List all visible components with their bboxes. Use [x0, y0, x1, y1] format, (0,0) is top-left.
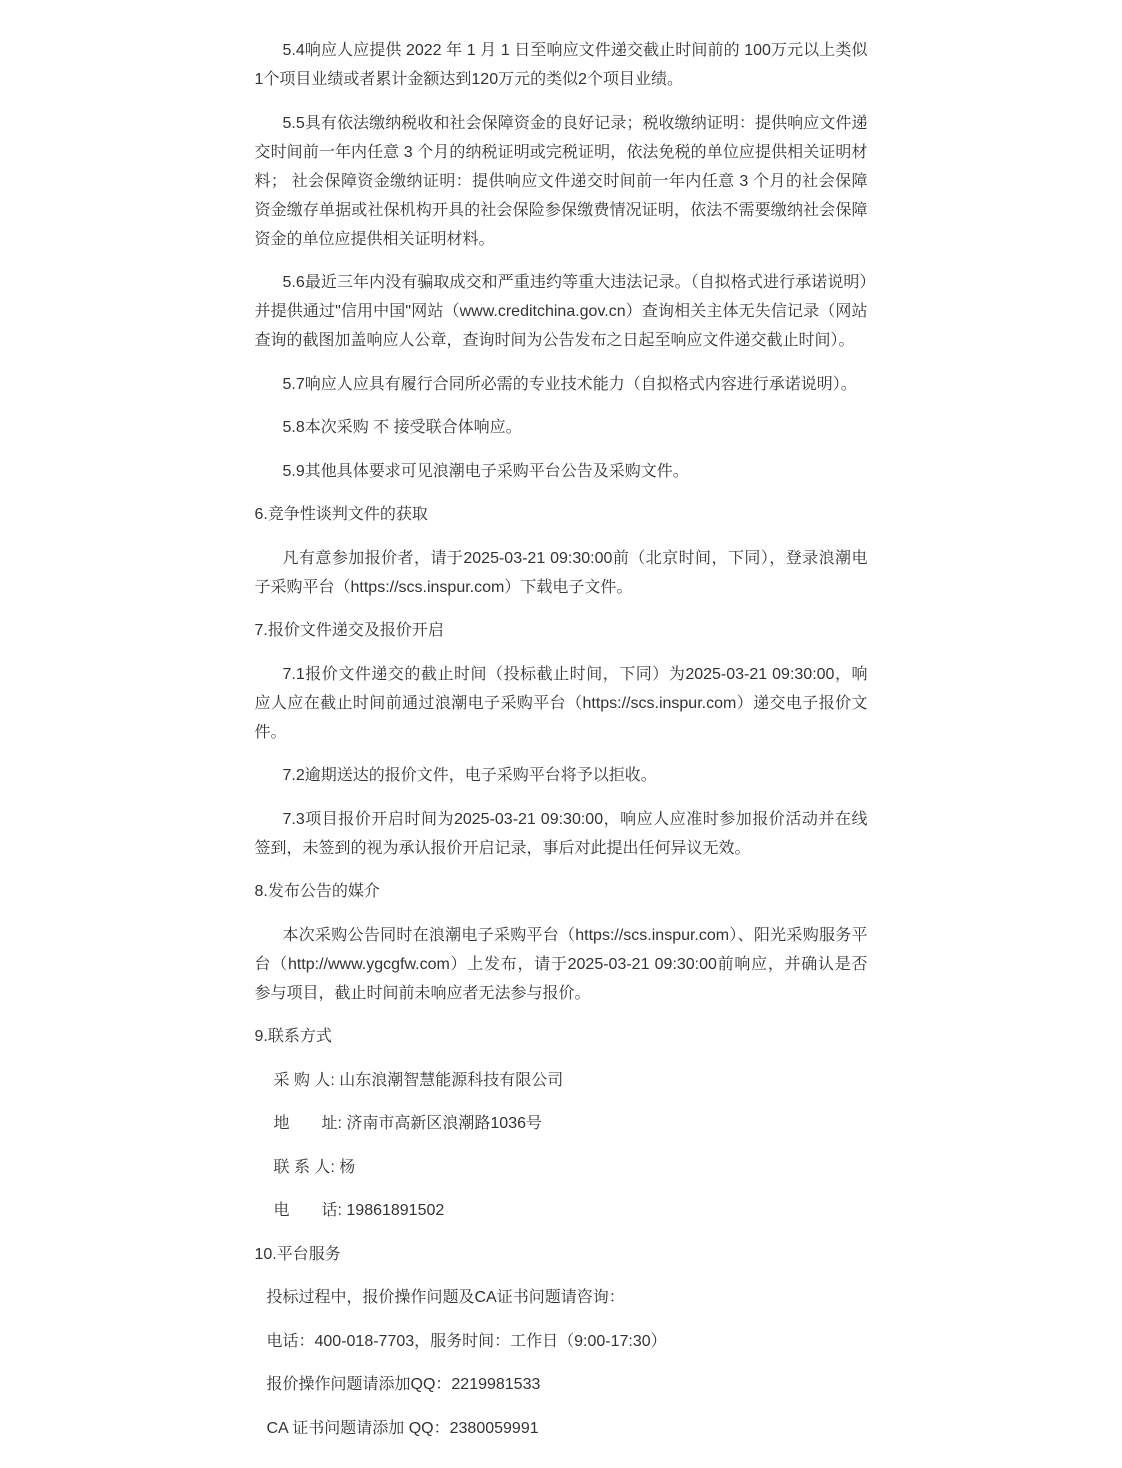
section-heading-document-acquisition: 6.竞争性谈判文件的获取 — [255, 500, 868, 529]
para-qualification-5-8: 5.8本次采购 不 接受联合体响应。 — [255, 413, 868, 442]
para-quote-rejection-7-2: 7.2逾期送达的报价文件，电子采购平台将予以拒收。 — [255, 761, 868, 790]
section-heading-quote-submission: 7.报价文件递交及报价开启 — [255, 616, 868, 645]
contact-line-address: 地 址: 济南市高新区浪潮路1036号 — [255, 1109, 868, 1138]
section-heading-contact-info: 9.联系方式 — [255, 1022, 868, 1051]
para-qualification-5-7: 5.7响应人应具有履行合同所必需的专业技术能力（自拟格式内容进行承诺说明）。 — [255, 370, 868, 399]
para-qualification-5-4: 5.4响应人应提供 2022 年 1 月 1 日至响应文件递交截止时间前的 10… — [255, 36, 868, 94]
para-qualification-5-9: 5.9其他具体要求可见浪潮电子采购平台公告及采购文件。 — [255, 457, 868, 486]
contact-line-person: 联 系 人: 杨 — [255, 1153, 868, 1182]
page-background: { "page": { "background": "#ffffff", "te… — [0, 0, 1122, 1468]
note-line-qq-ca: CA 证书问题请添加 QQ：2380059991 — [255, 1414, 868, 1443]
note-line-qq-quote: 报价操作问题请添加QQ：2219981533 — [255, 1370, 868, 1399]
para-announcement-media: 本次采购公告同时在浪潮电子采购平台（https://scs.inspur.com… — [255, 921, 868, 1008]
announcement-document: 5.4响应人应提供 2022 年 1 月 1 日至响应文件递交截止时间前的 10… — [255, 0, 868, 1443]
para-qualification-5-5: 5.5具有依法缴纳税收和社会保障资金的良好记录；税收缴纳证明：提供响应文件递交时… — [255, 109, 868, 254]
note-line-consult: 投标过程中，报价操作问题及CA证书问题请咨询： — [255, 1283, 868, 1312]
note-line-hotline: 电话：400-018-7703，服务时间：工作日（9:00-17:30） — [255, 1327, 868, 1356]
para-qualification-5-6: 5.6最近三年内没有骗取成交和严重违约等重大违法记录。（自拟格式进行承诺说明）并… — [255, 268, 868, 355]
section-heading-platform-service: 10.平台服务 — [255, 1240, 868, 1269]
contact-line-phone: 电 话: 19861891502 — [255, 1196, 868, 1225]
para-document-acquisition: 凡有意参加报价者，请于2025-03-21 09:30:00前（北京时间，下同）… — [255, 544, 868, 602]
contact-line-buyer: 采 购 人: 山东浪潮智慧能源科技有限公司 — [255, 1066, 868, 1095]
para-quote-deadline-7-1: 7.1报价文件递交的截止时间（投标截止时间，下同）为2025-03-21 09:… — [255, 660, 868, 747]
section-heading-announcement-media: 8.发布公告的媒介 — [255, 877, 868, 906]
para-quote-opening-7-3: 7.3项目报价开启时间为2025-03-21 09:30:00，响应人应准时参加… — [255, 805, 868, 863]
